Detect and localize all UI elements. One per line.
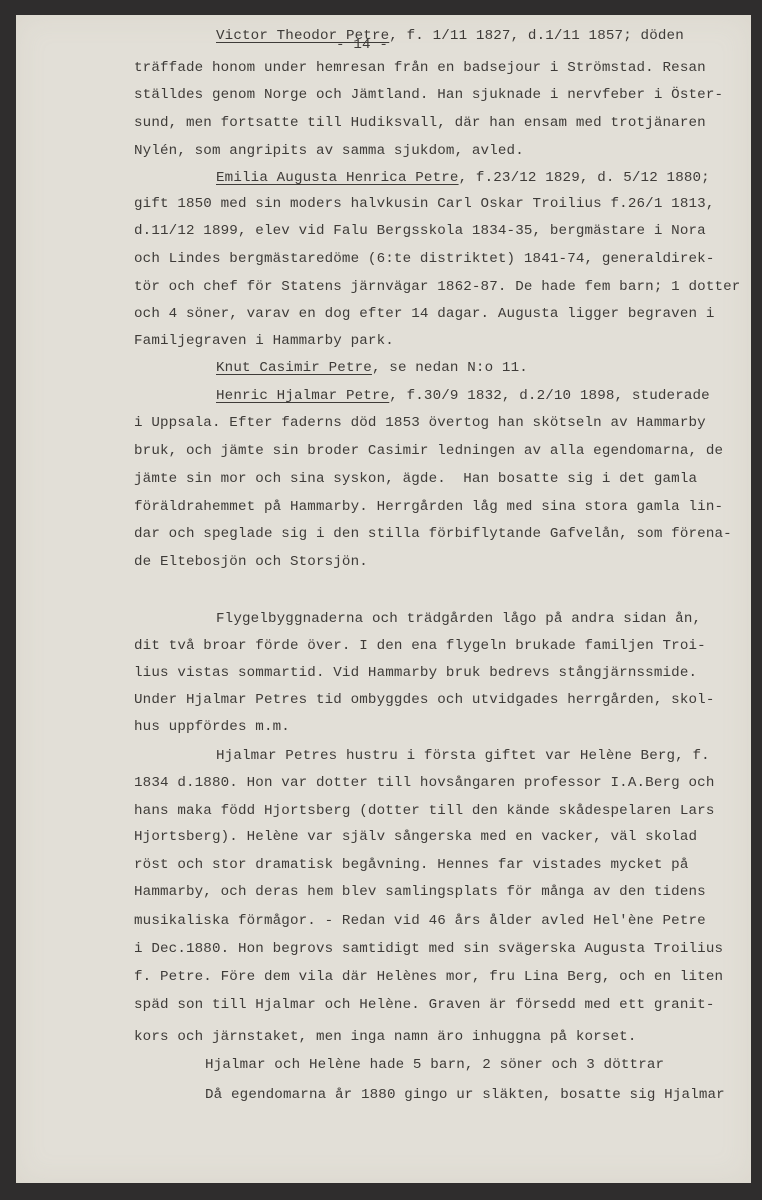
person-heading-line: Emilia Augusta Henrica Petre, f.23/12 18… bbox=[216, 169, 710, 187]
line-text: hans maka född Hjortsberg (dotter till d… bbox=[134, 803, 714, 819]
text-line: Familjegraven i Hammarby park. bbox=[134, 332, 394, 350]
line-text: i Dec.1880. Hon begrovs samtidigt med si… bbox=[134, 941, 723, 957]
line-text: lius vistas sommartid. Vid Hammarby bruk… bbox=[134, 665, 697, 681]
text-line: hans maka född Hjortsberg (dotter till d… bbox=[134, 802, 714, 820]
text-line: dit två broar förde över. I den ena flyg… bbox=[134, 637, 706, 655]
line-text: föräldrahemmet på Hammarby. Herrgården l… bbox=[134, 499, 723, 515]
person-heading-line: Knut Casimir Petre, se nedan N:o 11. bbox=[216, 359, 528, 377]
text-line: gift 1850 med sin moders halvkusin Carl … bbox=[134, 195, 714, 213]
text-line: och 4 söner, varav en dog efter 14 dagar… bbox=[134, 305, 714, 323]
text-line: och Lindes bergmästaredöme (6:te distrik… bbox=[134, 250, 714, 268]
text-line: lius vistas sommartid. Vid Hammarby bruk… bbox=[134, 664, 697, 682]
line-text: 1834 d.1880. Hon var dotter till hovsång… bbox=[134, 775, 714, 791]
line-text: , f.30/9 1832, d.2/10 1898, studerade bbox=[389, 388, 710, 404]
text-line: röst och stor dramatisk begåvning. Henne… bbox=[134, 856, 689, 874]
person-heading-line: Henric Hjalmar Petre, f.30/9 1832, d.2/1… bbox=[216, 387, 710, 405]
line-text: , f. 1/11 1827, d.1/11 1857; döden bbox=[389, 28, 684, 44]
line-text: , f.23/12 1829, d. 5/12 1880; bbox=[459, 170, 710, 186]
line-text: Under Hjalmar Petres tid ombyggdes och u… bbox=[134, 692, 714, 708]
person-name: Henric Hjalmar Petre bbox=[216, 388, 389, 404]
text-line: musikaliska förmågor. - Redan vid 46 års… bbox=[134, 912, 706, 930]
line-text: d.11/12 1899, elev vid Falu Bergsskola 1… bbox=[134, 223, 706, 239]
line-text: , se nedan N:o 11. bbox=[372, 360, 528, 376]
text-line: Hjalmar Petres hustru i första giftet va… bbox=[216, 747, 710, 765]
text-line: bruk, och jämte sin broder Casimir ledni… bbox=[134, 442, 723, 460]
line-text: bruk, och jämte sin broder Casimir ledni… bbox=[134, 443, 723, 459]
line-text: Familjegraven i Hammarby park. bbox=[134, 333, 394, 349]
line-text: Hjortsberg). Helène var själv sångerska … bbox=[134, 829, 697, 845]
text-line: dar och speglade sig i den stilla förbif… bbox=[134, 525, 732, 543]
line-text: musikaliska förmågor. - Redan vid 46 års… bbox=[134, 913, 706, 929]
line-text: Hjalmar och Helène hade 5 barn, 2 söner … bbox=[205, 1057, 664, 1073]
line-text: Då egendomarna år 1880 gingo ur släkten,… bbox=[205, 1087, 725, 1103]
text-line: Flygelbyggnaderna och trädgården lågo på… bbox=[216, 610, 701, 628]
text-line: tör och chef för Statens järnvägar 1862-… bbox=[134, 278, 740, 296]
line-text: f. Petre. Före dem vila där Helènes mor,… bbox=[134, 969, 723, 985]
text-line: f. Petre. Före dem vila där Helènes mor,… bbox=[134, 968, 723, 986]
line-text: gift 1850 med sin moders halvkusin Carl … bbox=[134, 196, 714, 212]
text-line: träffade honom under hemresan från en ba… bbox=[134, 59, 706, 77]
line-text: jämte sin mor och sina syskon, ägde. Han… bbox=[134, 471, 697, 487]
line-text: späd son till Hjalmar och Helène. Graven… bbox=[134, 997, 714, 1013]
text-line: i Uppsala. Efter faderns död 1853 överto… bbox=[134, 414, 706, 432]
person-heading-line: Victor Theodor Petre, f. 1/11 1827, d.1/… bbox=[216, 27, 684, 45]
line-text: de Eltebosjön och Storsjön. bbox=[134, 554, 368, 570]
text-line: hus uppfördes m.m. bbox=[134, 718, 290, 736]
line-text: Hjalmar Petres hustru i första giftet va… bbox=[216, 748, 710, 764]
line-text: Nylén, som angripits av samma sjukdom, a… bbox=[134, 143, 524, 159]
line-text: dar och speglade sig i den stilla förbif… bbox=[134, 526, 732, 542]
text-line: Under Hjalmar Petres tid ombyggdes och u… bbox=[134, 691, 714, 709]
text-line: Hjortsberg). Helène var själv sångerska … bbox=[134, 828, 697, 846]
text-line: i Dec.1880. Hon begrovs samtidigt med si… bbox=[134, 940, 723, 958]
line-text: träffade honom under hemresan från en ba… bbox=[134, 60, 706, 76]
text-line: de Eltebosjön och Storsjön. bbox=[134, 553, 368, 571]
text-line: 1834 d.1880. Hon var dotter till hovsång… bbox=[134, 774, 714, 792]
person-name: Victor Theodor Petre bbox=[216, 28, 389, 44]
text-line: Nylén, som angripits av samma sjukdom, a… bbox=[134, 142, 524, 160]
text-line: ställdes genom Norge och Jämtland. Han s… bbox=[134, 86, 723, 104]
text-line: föräldrahemmet på Hammarby. Herrgården l… bbox=[134, 498, 723, 516]
line-text: i Uppsala. Efter faderns död 1853 överto… bbox=[134, 415, 706, 431]
text-line: sund, men fortsatte till Hudiksvall, där… bbox=[134, 114, 706, 132]
line-text: hus uppfördes m.m. bbox=[134, 719, 290, 735]
line-text: Hammarby, och deras hem blev samlingspla… bbox=[134, 884, 706, 900]
line-text: tör och chef för Statens järnvägar 1862-… bbox=[134, 279, 740, 295]
line-text: dit två broar förde över. I den ena flyg… bbox=[134, 638, 706, 654]
text-line: kors och järnstaket, men inga namn äro i… bbox=[134, 1028, 637, 1046]
person-name: Knut Casimir Petre bbox=[216, 360, 372, 376]
text-line: Då egendomarna år 1880 gingo ur släkten,… bbox=[205, 1086, 725, 1104]
person-name: Emilia Augusta Henrica Petre bbox=[216, 170, 459, 186]
line-text: kors och järnstaket, men inga namn äro i… bbox=[134, 1029, 637, 1045]
line-text: röst och stor dramatisk begåvning. Henne… bbox=[134, 857, 689, 873]
line-text: ställdes genom Norge och Jämtland. Han s… bbox=[134, 87, 723, 103]
text-line: Hammarby, och deras hem blev samlingspla… bbox=[134, 883, 706, 901]
text-line: Hjalmar och Helène hade 5 barn, 2 söner … bbox=[205, 1056, 664, 1074]
text-line: d.11/12 1899, elev vid Falu Bergsskola 1… bbox=[134, 222, 706, 240]
line-text: Flygelbyggnaderna och trädgården lågo på… bbox=[216, 611, 701, 627]
text-line: jämte sin mor och sina syskon, ägde. Han… bbox=[134, 470, 697, 488]
text-line: späd son till Hjalmar och Helène. Graven… bbox=[134, 996, 714, 1014]
line-text: och Lindes bergmästaredöme (6:te distrik… bbox=[134, 251, 714, 267]
line-text: och 4 söner, varav en dog efter 14 dagar… bbox=[134, 306, 714, 322]
line-text: sund, men fortsatte till Hudiksvall, där… bbox=[134, 115, 706, 131]
